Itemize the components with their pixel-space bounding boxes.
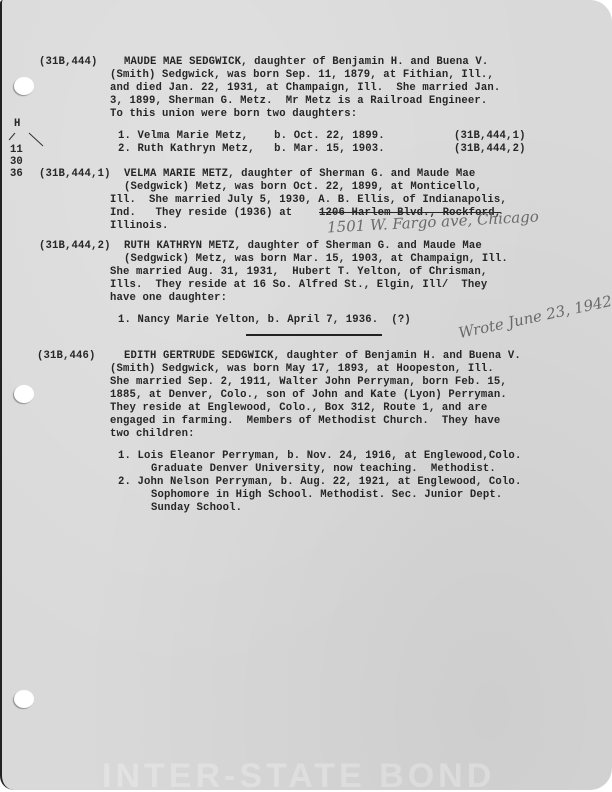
section-divider — [246, 334, 382, 336]
entry-line: (Sedgwick) Metz, was born Mar. 15, 1903,… — [124, 253, 508, 266]
child-item: 1. Nancy Marie Yelton, b. April 7, 1936.… — [118, 314, 411, 327]
entry-line: Ind. They reside (1936) at — [110, 207, 299, 220]
child-ref: (31B,444,2) — [454, 143, 526, 156]
margin-note: 11 — [10, 144, 23, 157]
entry-id: (31B,446) — [37, 350, 96, 363]
margin-note: 36 — [10, 168, 23, 181]
entry-line: (Smith) Sedgwick, was born May 17, 1893,… — [110, 363, 494, 376]
entry-line: 3, 1899, Sherman G. Metz. Mr Metz is a R… — [110, 95, 487, 108]
child-detail: Graduate Denver University, now teaching… — [151, 463, 496, 476]
entry-line: engaged in farming. Members of Methodist… — [110, 415, 500, 428]
entry-line: and died Jan. 22, 1931, at Champaign, Il… — [110, 82, 500, 95]
child-ref: (31B,444,1) — [454, 130, 526, 143]
entry-line: They reside at Englewood, Colo., Box 312… — [110, 402, 487, 415]
entry-line: She married Sep. 2, 1911, Walter John Pe… — [110, 376, 507, 389]
margin-note: 30 — [10, 156, 23, 169]
entry-line: (Smith) Sedgwick, was born Sep. 11, 1879… — [110, 69, 494, 82]
entry-id: (31B,444,2) — [39, 240, 111, 253]
entry-line: 1885, at Denver, Colo., son of John and … — [110, 389, 507, 402]
entry-line: RUTH KATHRYN METZ, daughter of Sherman G… — [124, 240, 482, 253]
paper-watermark: INTER-STATE BOND — [102, 757, 495, 790]
entry-line: MAUDE MAE SEDGWICK, daughter of Benjamin… — [124, 56, 488, 69]
entry-line: (Sedgwick) Metz, was born Oct. 22, 1899,… — [124, 181, 482, 194]
entry-line: To this union were born two daughters: — [110, 108, 357, 121]
child-detail: Sophomore in High School. Methodist. Sec… — [151, 489, 502, 502]
handwritten-note: Wrote June 23, 1942 — [457, 292, 612, 342]
child-item: 2. John Nelson Perryman, b. Aug. 22, 192… — [118, 476, 521, 489]
entry-line: VELMA MARIE METZ, daughter of Sherman G.… — [124, 168, 475, 181]
entry-id: (31B,444) — [39, 56, 98, 69]
child-item: 2. Ruth Kathryn Metz, b. Mar. 15, 1903. — [118, 143, 385, 156]
entry-line: EDITH GERTRUDE SEDGWICK, daughter of Ben… — [124, 350, 521, 363]
punch-hole — [14, 77, 34, 95]
entry-line: have one daughter: — [110, 292, 227, 305]
child-detail: Sunday School. — [151, 502, 242, 515]
child-item: 1. Lois Eleanor Perryman, b. Nov. 24, 19… — [118, 450, 521, 463]
margin-note: H — [14, 118, 20, 131]
child-item: 1. Velma Marie Metz, b. Oct. 22, 1899. — [118, 130, 385, 143]
entry-id: (31B,444,1) — [39, 168, 111, 181]
entry-line: two children: — [110, 428, 195, 441]
entry-line: She married Aug. 31, 1931, Hubert T. Yel… — [110, 266, 487, 279]
punch-hole — [14, 690, 34, 708]
entry-line: Illinois. — [110, 220, 169, 233]
entry-line: Ills. They reside at 16 So. Alfred St., … — [110, 279, 487, 292]
punch-hole — [14, 385, 34, 403]
entry-line: Ill. She married July 5, 1930, A. B. Ell… — [110, 194, 507, 207]
document-page: (31B,444) MAUDE MAE SEDGWICK, daughter o… — [0, 0, 612, 790]
